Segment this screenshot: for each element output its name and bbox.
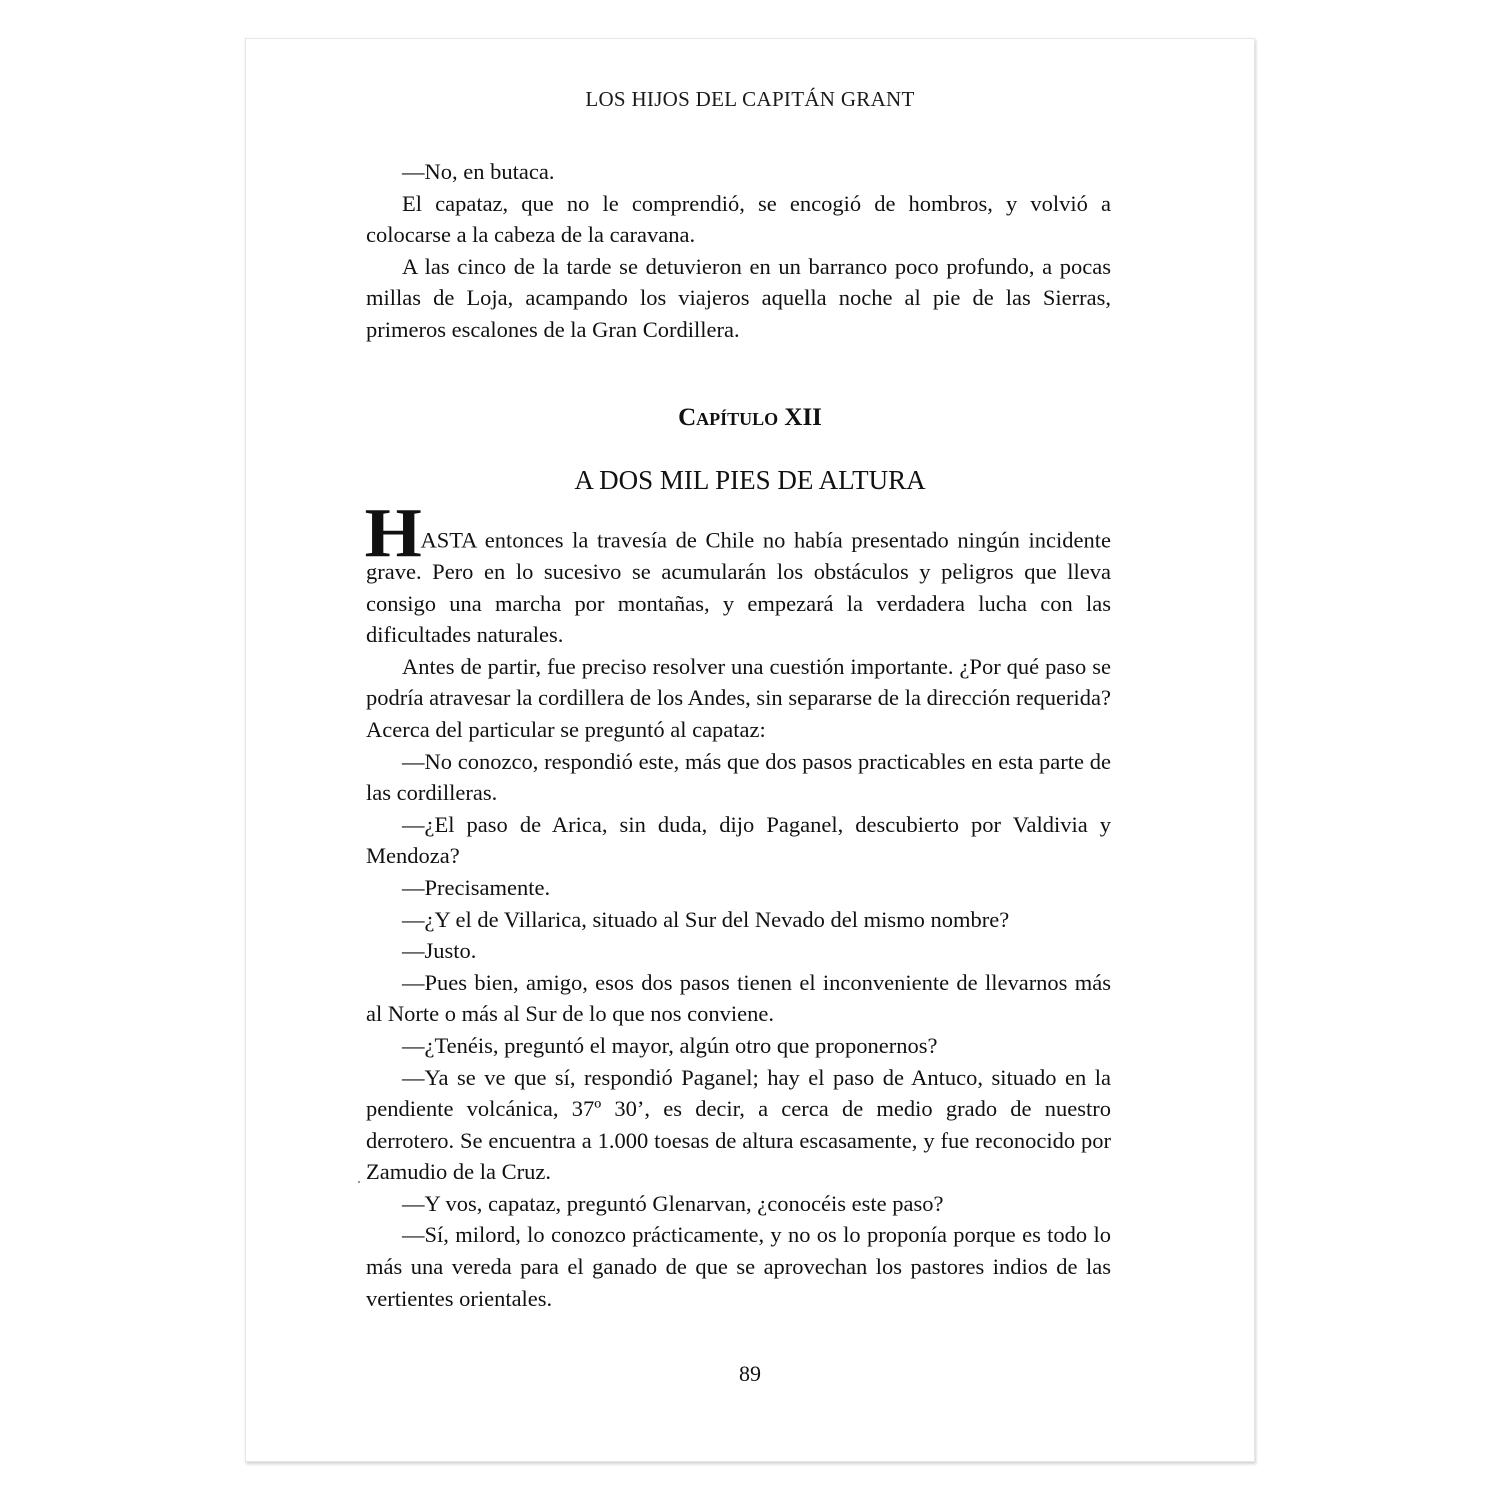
paragraph: —¿Tenéis, preguntó el mayor, algún otro … — [366, 1030, 1111, 1062]
chapter-text: HASTA entonces la travesía de Chile no h… — [366, 502, 1111, 1314]
paragraph: —¿El paso de Arica, sin duda, dijo Pagan… — [366, 809, 1111, 872]
paragraph: Antes de partir, fue preciso resolver un… — [366, 651, 1111, 746]
first-paragraph-text: ASTA entonces la travesía de Chile no ha… — [366, 527, 1111, 647]
paragraph: —Precisamente. — [366, 872, 1111, 904]
paragraph: —Pues bien, amigo, esos dos pasos tienen… — [366, 967, 1111, 1030]
paragraph: —Justo. — [366, 935, 1111, 967]
paragraph: —No conozco, respondió este, más que dos… — [366, 746, 1111, 809]
page-number: 89 — [246, 1361, 1254, 1387]
paragraph: A las cinco de la tarde se detuvieron en… — [366, 251, 1111, 346]
paragraph: El capataz, que no le comprendió, se enc… — [366, 188, 1111, 251]
print-speck — [358, 1181, 360, 1183]
paragraph: —Ya se ve que sí, respondió Paganel; hay… — [366, 1062, 1111, 1188]
paragraph: —Y vos, capataz, preguntó Glenarvan, ¿co… — [366, 1188, 1111, 1220]
running-head: LOS HIJOS DEL CAPITÁN GRANT — [246, 87, 1254, 112]
first-paragraph: HASTA entonces la travesía de Chile no h… — [366, 502, 1111, 651]
paragraph: —¿Y el de Villarica, situado al Sur del … — [366, 904, 1111, 936]
paragraph: —No, en butaca. — [366, 156, 1111, 188]
paragraph: —Sí, milord, lo conozco prácticamente, y… — [366, 1219, 1111, 1314]
book-page: LOS HIJOS DEL CAPITÁN GRANT —No, en buta… — [245, 38, 1255, 1462]
dropcap-letter: H — [365, 506, 422, 560]
chapter-number: Capítulo XII — [246, 404, 1254, 432]
chapter-title: A DOS MIL PIES DE ALTURA — [246, 465, 1254, 496]
previous-chapter-text: —No, en butaca. El capataz, que no le co… — [366, 156, 1111, 346]
